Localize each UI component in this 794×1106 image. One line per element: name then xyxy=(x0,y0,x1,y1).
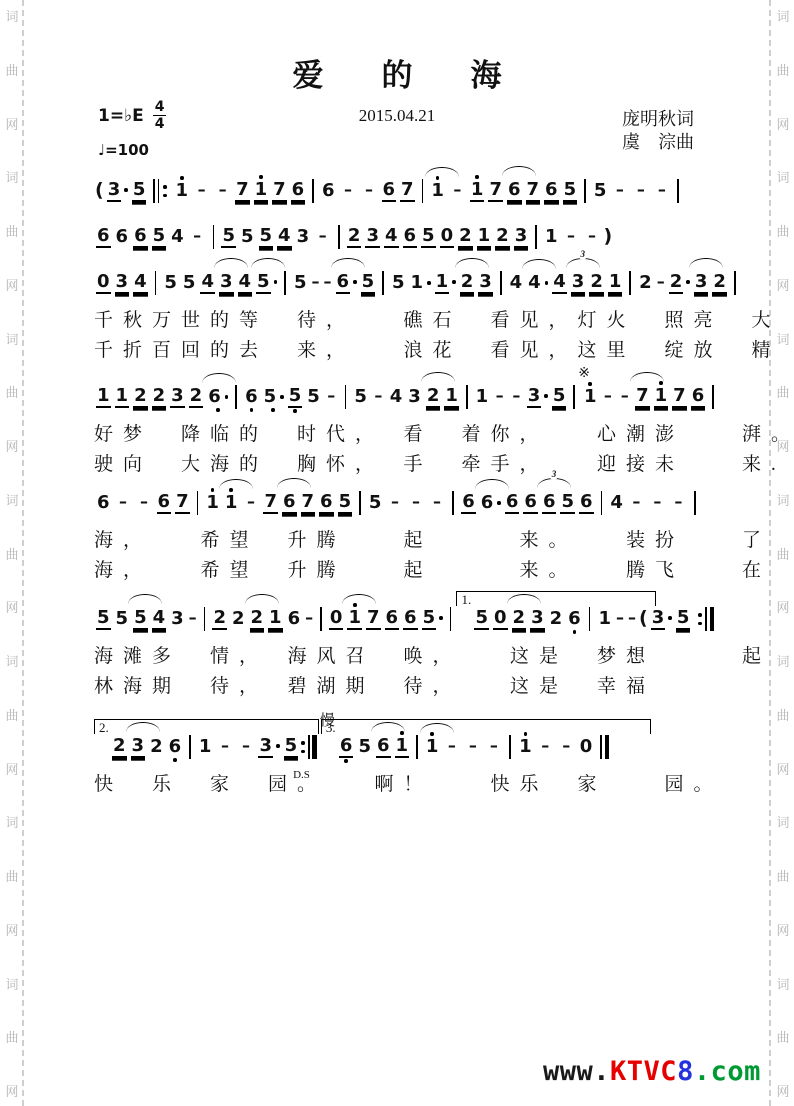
barline xyxy=(509,735,511,759)
slur-arc xyxy=(251,258,285,268)
note: 6 xyxy=(96,220,111,254)
note: 4 xyxy=(133,266,148,300)
duration-dash: – xyxy=(537,731,554,763)
duration-dash: – xyxy=(216,731,233,763)
duration-dash: – xyxy=(616,603,624,635)
watermark-char: 曲 xyxy=(5,705,18,724)
barline xyxy=(677,179,679,203)
ktvc8-logo: www.KTVC8.com xyxy=(543,1056,761,1087)
octave-dot xyxy=(250,408,254,412)
time-signature-numerator: 4 xyxy=(153,100,167,116)
barline xyxy=(573,385,575,409)
notation-area: (351––71766––671–1767655–––66654–55543–2… xyxy=(94,168,719,800)
note: 2 xyxy=(189,380,204,414)
watermark-char: 网 xyxy=(5,275,18,294)
note: 5 xyxy=(263,381,284,413)
watermark-char: 词 xyxy=(776,167,789,186)
barline xyxy=(197,491,199,515)
segno-mark: ※ xyxy=(578,365,590,382)
sheet-music-page: { "header": { "title": "爱的海", "date": "2… xyxy=(0,0,794,1106)
note: 3 xyxy=(115,266,130,300)
watermark-char: 词 xyxy=(776,812,789,831)
duration-dash: – xyxy=(214,175,231,207)
barline xyxy=(155,271,157,295)
watermark-char: 网 xyxy=(776,597,789,616)
barline xyxy=(300,735,317,759)
note: 5 xyxy=(240,221,255,253)
duration-dash: – xyxy=(340,175,357,207)
note: 6 xyxy=(157,486,172,520)
note: 0 xyxy=(96,266,111,300)
note: 6 xyxy=(544,174,559,208)
barline xyxy=(204,607,206,631)
watermark-char: 曲 xyxy=(776,221,789,240)
score-system: 6––6711–767655–––666663564–––海， 希望 升腾 起 … xyxy=(94,480,719,586)
note: 6 xyxy=(291,174,306,208)
lyrics-line: 快 乐 家 园。 啊！ 快乐 家 园。 xyxy=(94,770,719,800)
note: 1 xyxy=(409,267,430,299)
note: 1 xyxy=(430,175,445,207)
watermark-char: 词 xyxy=(776,6,789,25)
note: 2 xyxy=(347,220,362,254)
note: 3 xyxy=(258,730,279,764)
barline xyxy=(712,385,714,409)
barline xyxy=(382,271,384,295)
note: 4 xyxy=(152,602,167,636)
note: 1 xyxy=(477,220,492,254)
note: 4 xyxy=(552,266,567,300)
slur-arc xyxy=(331,258,365,268)
note: 5 xyxy=(353,381,368,413)
watermark-char: 曲 xyxy=(776,382,789,401)
duration-dash: – xyxy=(407,487,424,519)
note: 5 xyxy=(288,380,303,414)
note: 2 xyxy=(512,602,527,636)
note: 3 xyxy=(694,266,709,300)
note: 1 xyxy=(470,174,485,208)
note: 7 xyxy=(301,486,316,520)
note: 7 xyxy=(635,380,650,414)
watermark-column-left: 词曲网词曲网词曲网词曲网词曲网词曲网词曲网 xyxy=(2,6,22,1100)
note: 4 xyxy=(509,267,524,299)
note: 3 xyxy=(514,220,529,254)
note: 5 xyxy=(474,602,489,636)
watermark-char: 词 xyxy=(5,167,18,186)
note: 5 xyxy=(563,174,578,208)
note: 2 xyxy=(149,731,164,763)
note: 1 xyxy=(444,380,459,414)
note: 4 xyxy=(389,381,404,413)
barline xyxy=(189,735,191,759)
dashed-border-right xyxy=(769,0,771,1106)
note: 0 xyxy=(329,602,344,636)
note: 7 xyxy=(488,174,503,208)
note: 3 xyxy=(527,380,548,414)
credits-block: 庞明秋词虞 淙曲 xyxy=(622,108,694,154)
score-system: 11223266555–5–43211––35※1––7176好梦 降临的 时代… xyxy=(94,374,719,480)
note: 7 xyxy=(400,174,415,208)
lyrics-line: 海， 希望 升腾 起 来。 腾飞 在 新区南 海， xyxy=(94,556,719,586)
note: 5 xyxy=(133,602,148,636)
watermark-char: 网 xyxy=(5,436,18,455)
barline xyxy=(584,179,586,203)
note: 1 xyxy=(425,731,440,763)
note: 3 xyxy=(407,381,422,413)
notation-row: 11223266555–5–43211––35※1––7176 xyxy=(94,374,719,420)
note: 2 xyxy=(638,267,653,299)
note: 3 xyxy=(219,266,234,300)
note: 1 xyxy=(597,603,612,635)
logo-segment: 8 xyxy=(677,1056,694,1087)
barline xyxy=(535,225,537,249)
note: 1 xyxy=(518,731,533,763)
octave-dot xyxy=(173,758,177,762)
note: 5 xyxy=(368,487,383,519)
note: 3 xyxy=(478,266,493,300)
barline xyxy=(416,735,418,759)
note: 2 xyxy=(712,266,727,300)
duration-dash: – xyxy=(558,731,575,763)
parenthesis: ) xyxy=(604,221,613,253)
duration-dash: – xyxy=(632,175,649,207)
note: 2 xyxy=(152,380,167,414)
note: 1 xyxy=(115,380,130,414)
duration-dash: – xyxy=(136,487,153,519)
notation-row: 66654–55543–23465021231––) xyxy=(94,214,719,260)
note: 6 xyxy=(287,603,302,635)
note: 7 xyxy=(526,174,541,208)
note: 6 xyxy=(319,486,334,520)
note: 0 xyxy=(493,602,508,636)
duration-dash: – xyxy=(657,267,665,299)
note: 5 xyxy=(552,380,567,414)
duration-dash: – xyxy=(189,221,206,253)
note: 6 xyxy=(339,730,354,764)
note: 5 xyxy=(361,266,376,300)
duration-dash: – xyxy=(324,267,332,299)
note: 2 xyxy=(112,730,127,764)
octave-dot xyxy=(216,408,220,412)
notation-row: (351––71766––671–1767655––– xyxy=(94,168,719,214)
note: 0 xyxy=(440,220,455,254)
barline xyxy=(734,271,736,295)
duration-dash: – xyxy=(670,487,687,519)
note: 1 xyxy=(347,602,362,636)
lyrics-line: 驶向 大海的 胸怀， 手 牵手， 迎接未 来. 啊！ 啊！ 威 xyxy=(94,450,719,480)
duration-dash: – xyxy=(372,381,385,413)
duration-dash: – xyxy=(628,603,636,635)
note: 1 xyxy=(395,730,410,764)
watermark-char: 网 xyxy=(5,920,18,939)
barline xyxy=(600,735,609,759)
note: 2 xyxy=(231,603,246,635)
parenthesis: ( xyxy=(639,603,648,635)
note: 4 xyxy=(527,267,548,299)
duration-dash: – xyxy=(115,487,132,519)
note: 5 xyxy=(163,267,178,299)
note: 6 xyxy=(480,487,501,519)
note: 5 xyxy=(593,175,608,207)
note: 5 xyxy=(182,267,197,299)
duration-dash: – xyxy=(361,175,378,207)
score-system: 2.23261––35D.S慢3.65611–––1––0快 乐 家 园。 啊！… xyxy=(94,724,719,800)
note: 4 xyxy=(200,266,215,300)
note: 3 xyxy=(530,602,545,636)
duration-dash: – xyxy=(242,487,259,519)
slur-arc xyxy=(522,259,556,269)
note: 4 xyxy=(277,220,292,254)
logo-segment: KTVC xyxy=(610,1056,677,1087)
note: 4 xyxy=(170,221,185,253)
note: 5 xyxy=(293,267,308,299)
note: 33 xyxy=(571,266,586,300)
duration-dash: – xyxy=(628,487,645,519)
note: 6 xyxy=(168,731,183,763)
barline xyxy=(359,491,361,515)
ds-mark: D.S xyxy=(293,769,310,781)
watermark-char: 网 xyxy=(776,920,789,939)
note: 5 xyxy=(422,602,443,636)
duration-dash: – xyxy=(649,487,666,519)
note: 6 xyxy=(382,174,397,208)
note: 6 xyxy=(461,486,476,520)
barline xyxy=(589,607,591,631)
note: 6 xyxy=(403,220,418,254)
key-signature: 1=♭E 4 4 xyxy=(98,100,166,131)
note: 6 xyxy=(321,175,336,207)
key-label: 1=♭E xyxy=(98,106,144,126)
duration-dash: – xyxy=(189,603,197,635)
barline xyxy=(629,271,631,295)
note: 6 xyxy=(579,486,594,520)
score-system: 55543–22216–0176651.5023261––(35海滩多 情， 海… xyxy=(94,596,719,702)
barline xyxy=(338,225,340,249)
note: 5 xyxy=(306,381,321,413)
note: 5 xyxy=(338,486,353,520)
parenthesis: ( xyxy=(95,175,104,207)
note: 5 xyxy=(421,220,436,254)
time-signature: 4 4 xyxy=(153,100,167,131)
note: 0 xyxy=(579,731,594,763)
note: 6 xyxy=(403,602,418,636)
note: 3 xyxy=(107,174,128,208)
duration-dash: – xyxy=(493,381,506,413)
watermark-char: 词 xyxy=(5,6,18,25)
duration-dash: – xyxy=(563,221,580,253)
duration-dash: – xyxy=(611,175,628,207)
note: 7 xyxy=(263,486,278,520)
watermark-char: 词 xyxy=(776,974,789,993)
note: 7 xyxy=(175,486,190,520)
octave-dot xyxy=(293,409,297,413)
score-system: 66654–55543–23465021231––) xyxy=(94,214,719,260)
barline xyxy=(235,385,237,409)
note: 2 xyxy=(589,266,604,300)
lyricist-credit: 庞明秋词 xyxy=(622,109,694,129)
note: 2 xyxy=(250,602,265,636)
note: 2 xyxy=(460,266,475,300)
note: 5 xyxy=(115,603,130,635)
octave-dot xyxy=(573,630,577,634)
note: 6 xyxy=(282,486,297,520)
watermark-char: 网 xyxy=(5,1081,18,1100)
note: 2 xyxy=(212,602,227,636)
note: 1 xyxy=(475,381,490,413)
duration-dash: – xyxy=(428,487,445,519)
watermark-char: 曲 xyxy=(776,1027,789,1046)
watermark-char: 词 xyxy=(5,974,18,993)
watermark-char: 曲 xyxy=(5,221,18,240)
note: 6 xyxy=(336,266,357,300)
watermark-char: 词 xyxy=(5,329,18,348)
watermark-char: 曲 xyxy=(5,544,18,563)
note: 3 xyxy=(131,730,146,764)
note: 2 xyxy=(549,603,564,635)
note: 6 xyxy=(507,174,522,208)
note: 5 xyxy=(357,731,372,763)
octave-dot xyxy=(271,408,275,412)
watermark-char: 曲 xyxy=(5,382,18,401)
note: 5 xyxy=(152,220,167,254)
note: 6 xyxy=(523,486,538,520)
note: 1 xyxy=(583,381,598,413)
barline xyxy=(320,607,322,631)
lyrics-line: 好梦 降临的 时代， 看 着你， 心潮澎 湃。 啊！ 啊！ 威 xyxy=(94,420,719,450)
notation-row: 2.23261––35D.S慢3.65611–––1––0 xyxy=(94,724,719,770)
barline xyxy=(500,271,502,295)
note: 2 xyxy=(458,220,473,254)
slur-arc xyxy=(202,373,236,383)
watermark-char: 网 xyxy=(776,1081,789,1100)
logo-segment: .com xyxy=(694,1056,761,1087)
note: 5 xyxy=(256,266,277,300)
watermark-column-right: 词曲网词曲网词曲网词曲网词曲网词曲网词曲网 xyxy=(773,6,793,1100)
barline xyxy=(466,385,468,409)
note: 5 xyxy=(676,602,691,636)
note: 1 xyxy=(254,174,269,208)
note: 6 xyxy=(505,486,520,520)
note: 6 xyxy=(207,381,228,413)
composer-credit: 虞 淙曲 xyxy=(622,132,694,152)
note: 1 xyxy=(268,602,283,636)
lyrics-line: 海， 希望 升腾 起 来。 装扮 了 新区南 海， xyxy=(94,526,719,556)
lyrics-line: 海滩多 情， 海风召 唤， 这是 梦想 起 锚港 湾。 xyxy=(94,642,719,672)
note: 5 xyxy=(259,220,274,254)
note: 6 xyxy=(691,380,706,414)
note: 5 xyxy=(221,220,236,254)
notation-row: 6––6711–767655–––666663564––– xyxy=(94,480,719,526)
barline xyxy=(153,179,167,203)
barline xyxy=(452,491,454,515)
barline xyxy=(601,491,603,515)
note: 7 xyxy=(366,602,381,636)
barline xyxy=(213,225,215,249)
watermark-char: 曲 xyxy=(5,866,18,885)
watermark-char: 网 xyxy=(776,759,789,778)
note: 2 xyxy=(669,266,690,300)
note: 5 xyxy=(560,486,575,520)
note: 6 xyxy=(376,730,391,764)
note: 1 xyxy=(224,487,239,519)
note: 6 xyxy=(133,220,148,254)
note: 4 xyxy=(238,266,253,300)
note: 6 xyxy=(567,603,582,635)
note: 2 xyxy=(426,380,441,414)
duration-dash: – xyxy=(618,381,631,413)
note: 1 xyxy=(654,380,669,414)
barline xyxy=(694,491,696,515)
duration-dash: – xyxy=(510,381,523,413)
notation-row: 55543–22216–0176651.5023261––(35 xyxy=(94,596,719,642)
lyrics-line: 千秋万世的等 待， 礁石 看见，灯火 照亮 大 海。 这是 xyxy=(94,306,719,336)
note: 1 xyxy=(608,266,623,300)
note: 2 xyxy=(495,220,510,254)
watermark-char: 词 xyxy=(5,490,18,509)
dashed-border-left xyxy=(22,0,24,1106)
watermark-char: 词 xyxy=(5,651,18,670)
note: 5 xyxy=(284,730,299,764)
duration-dash: – xyxy=(443,731,460,763)
duration-dash: – xyxy=(325,381,338,413)
duration-dash: – xyxy=(464,731,481,763)
note: 3 xyxy=(651,602,672,636)
note: 1 xyxy=(198,731,213,763)
duration-dash: – xyxy=(193,175,210,207)
logo-segment: www. xyxy=(543,1056,610,1087)
duration-dash: – xyxy=(653,175,670,207)
note: 6 xyxy=(385,602,400,636)
note: 5 xyxy=(96,602,111,636)
barline xyxy=(284,271,286,295)
duration-dash: – xyxy=(602,381,615,413)
barline xyxy=(312,179,314,203)
note: 5 xyxy=(391,267,406,299)
note: 7 xyxy=(672,380,687,414)
score-system: (351––71766––671–1767655––– xyxy=(94,168,719,214)
watermark-char: 词 xyxy=(5,812,18,831)
note: 63 xyxy=(542,486,557,520)
duration-dash: – xyxy=(584,221,601,253)
note: 3 xyxy=(170,380,185,414)
duration-dash: – xyxy=(312,267,320,299)
note: 7 xyxy=(272,174,287,208)
barline xyxy=(345,385,347,409)
note: 6 xyxy=(115,221,130,253)
notation-row: 0345543455––655112344433212–232 xyxy=(94,260,719,306)
note: 1 xyxy=(96,380,111,414)
barline xyxy=(422,179,424,203)
note: 4 xyxy=(384,220,399,254)
watermark-char: 网 xyxy=(5,759,18,778)
note: 2 xyxy=(133,380,148,414)
barline xyxy=(697,607,714,631)
tempo-marking: ♩=100 xyxy=(98,141,149,159)
note: 7 xyxy=(235,174,250,208)
lyrics-line: 千折百回的去 来， 浪花 看见，这里 绽放 精 彩。 巨轮 xyxy=(94,336,719,366)
duration-dash: – xyxy=(485,731,502,763)
note: 1 xyxy=(175,175,190,207)
duration-dash: – xyxy=(314,221,331,253)
note: 6 xyxy=(96,487,111,519)
duration-dash: – xyxy=(305,603,313,635)
lyrics-line: 林海期 待， 碧湖期 待， 这是 幸福 xyxy=(94,672,719,702)
watermark-char: 网 xyxy=(776,275,789,294)
note: 1 xyxy=(544,221,559,253)
note: 3 xyxy=(170,603,185,635)
watermark-char: 曲 xyxy=(5,1027,18,1046)
duration-dash: – xyxy=(386,487,403,519)
song-title: 爱的海 xyxy=(0,50,794,95)
